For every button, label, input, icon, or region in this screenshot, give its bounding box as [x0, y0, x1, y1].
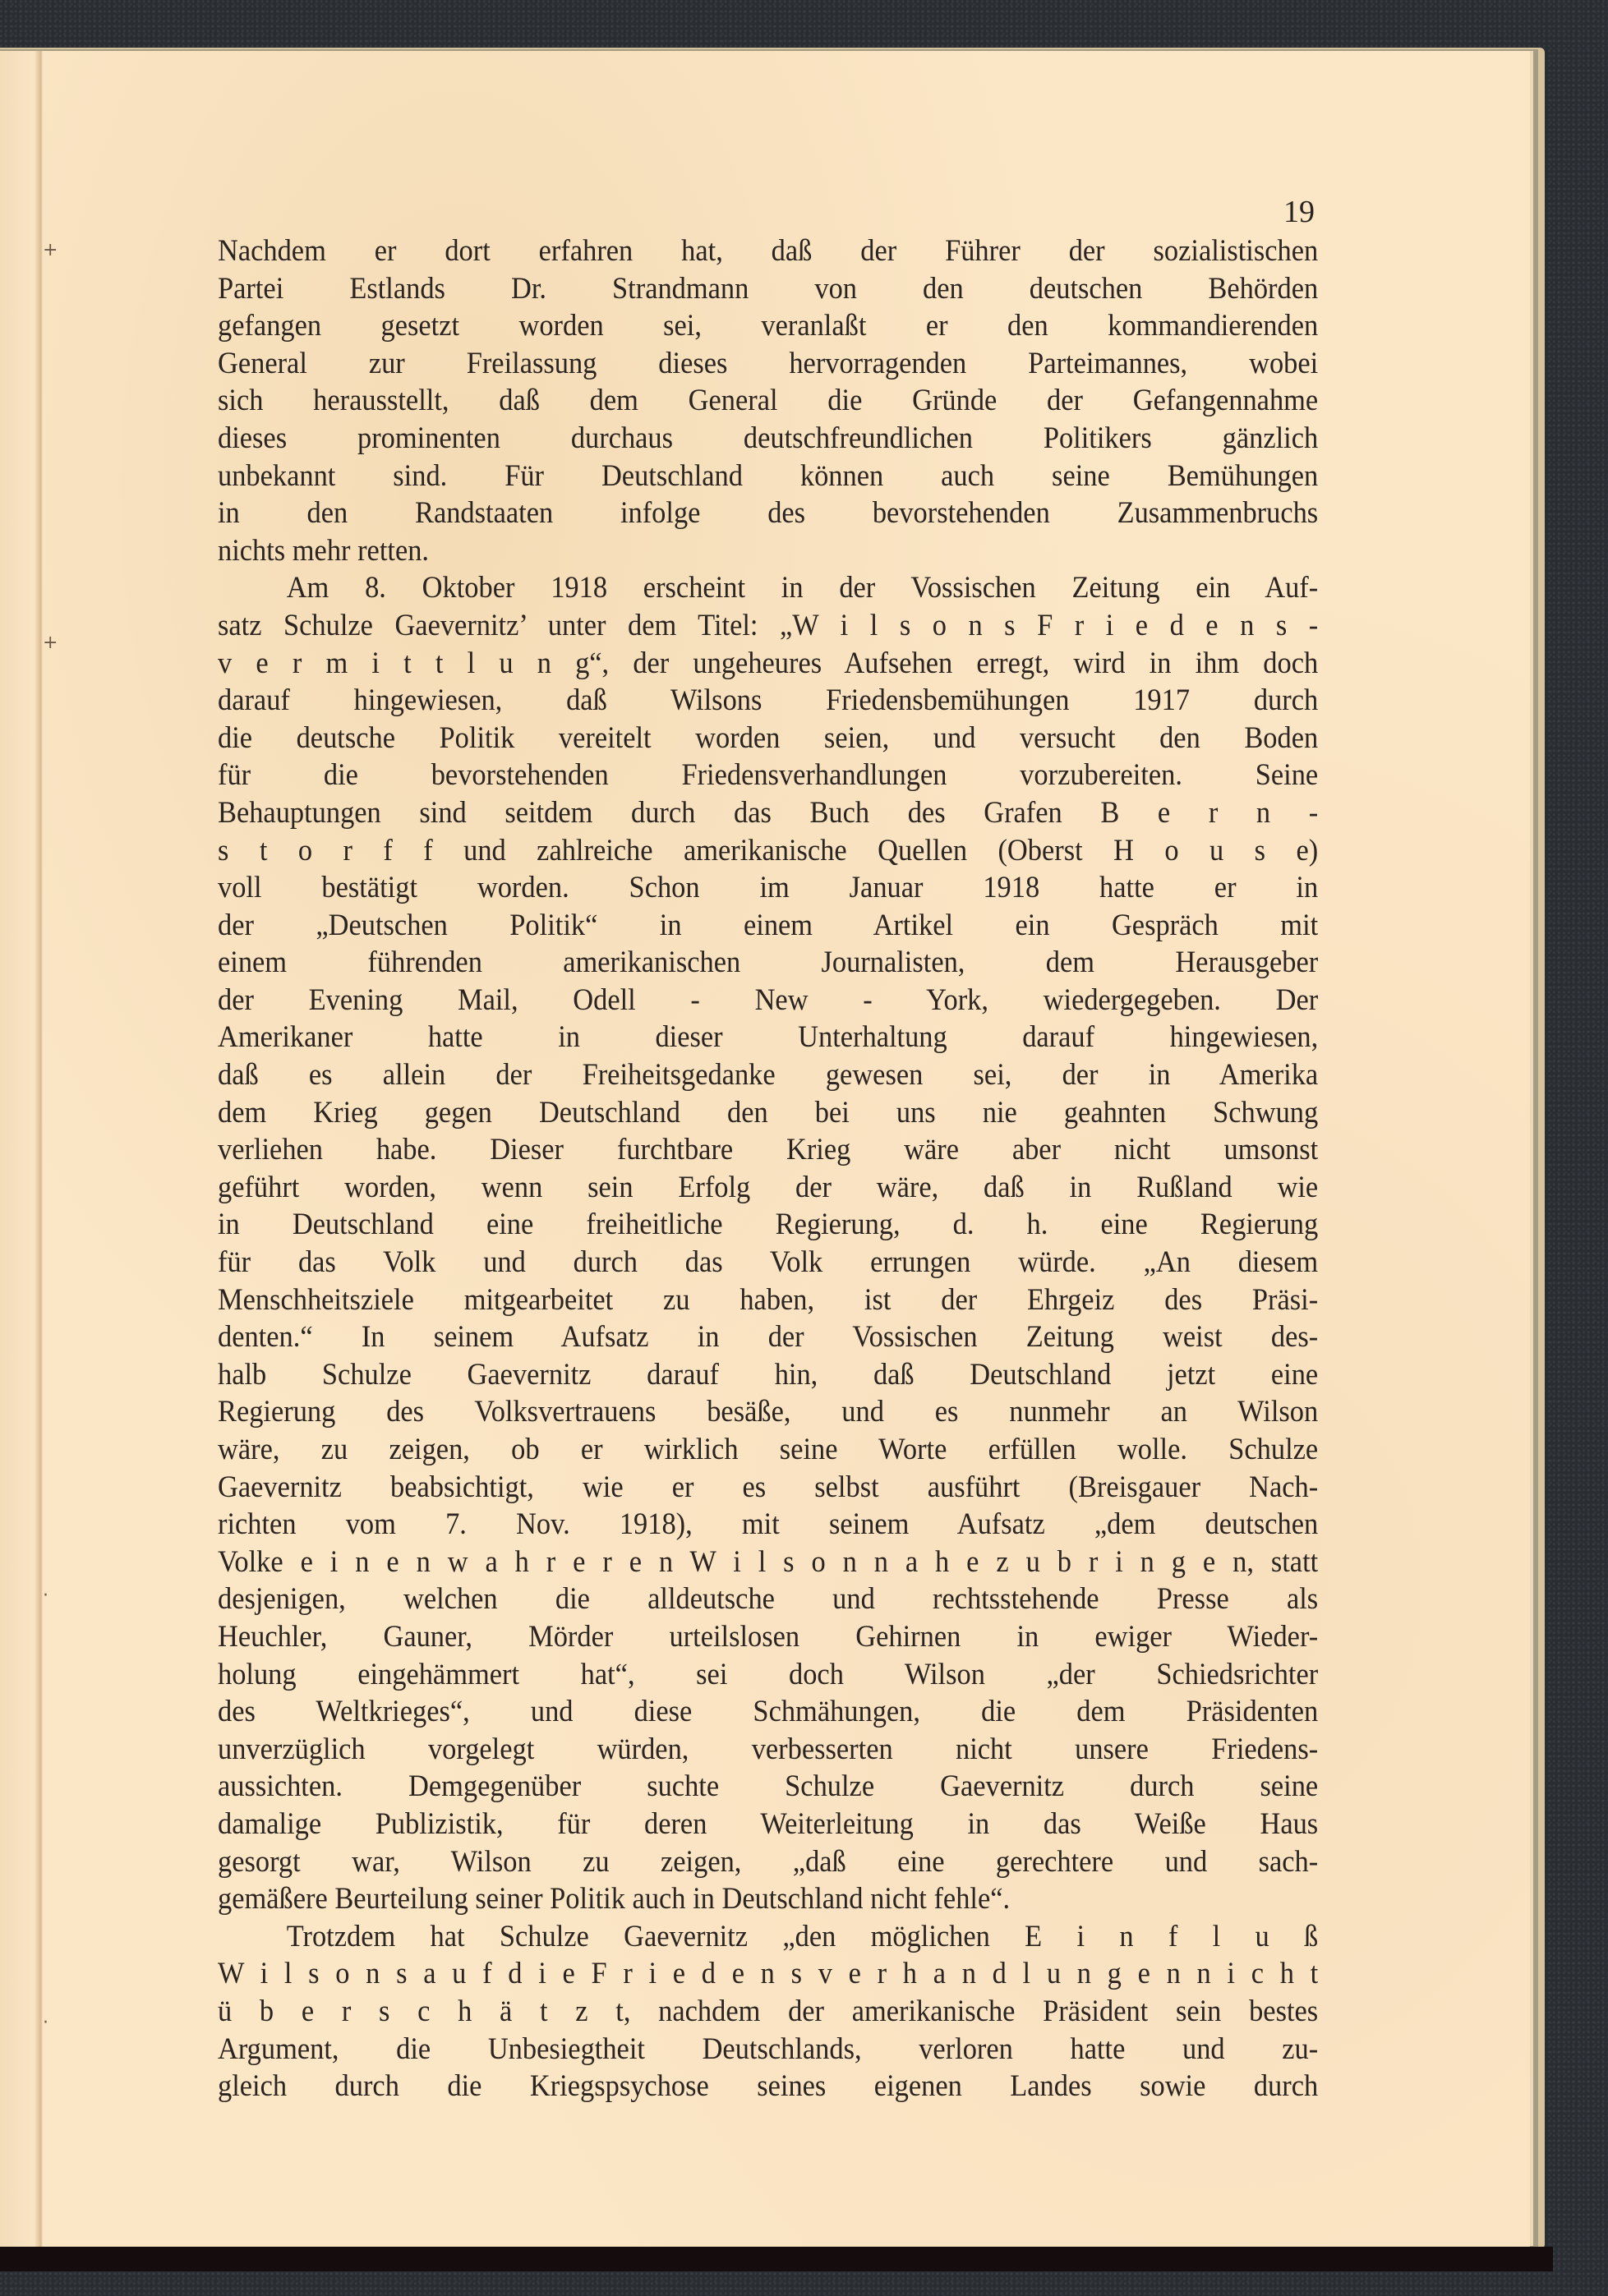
text-line: s t o r f f und zahlreiche amerikanische… [218, 832, 1318, 870]
margin-mark: + [43, 240, 58, 260]
text-line: aussichten. Demgegenüber suchte Schulze … [218, 1768, 1318, 1806]
text-line: desjenigen, welchen die alldeutsche und … [218, 1581, 1318, 1618]
text-line: halb Schulze Gaevernitz darauf hin, daß … [218, 1356, 1318, 1394]
text-line: Nachdem er dort erfahren hat, daß der Fü… [218, 232, 1318, 270]
text-line: voll bestätigt worden. Schon im Januar 1… [218, 869, 1318, 907]
text-line: unverzüglich vorgelegt würden, verbesser… [218, 1731, 1318, 1769]
text-line: General zur Freilassung dieses hervorrag… [218, 345, 1318, 383]
text-line: unbekannt sind. Für Deutschland können a… [218, 458, 1318, 495]
text-line: richten vom 7. Nov. 1918), mit seinem Au… [218, 1506, 1318, 1544]
text-line: Regierung des Volksvertrauens besäße, un… [218, 1393, 1318, 1431]
page-number: 19 [1278, 194, 1315, 230]
margin-mark: + [43, 633, 58, 653]
text-line: in den Randstaaten infolge des bevorsteh… [218, 495, 1318, 532]
text-line: für die bevorstehenden Friedensverhandlu… [218, 757, 1318, 794]
margin-mark: · [43, 2013, 48, 2033]
text-line: Heuchler, Gauner, Mörder urteilslosen Ge… [218, 1618, 1318, 1656]
text-line: gemäßere Beurteilung seiner Politik auch… [218, 1880, 1318, 1918]
text-line: nichts mehr retten. [218, 532, 1318, 570]
text-line: sich herausstellt, daß dem General die G… [218, 382, 1318, 420]
text-line: des Weltkrieges“, und diese Schmähungen,… [218, 1693, 1318, 1731]
text-line: der Evening Mail, Odell - New - York, wi… [218, 982, 1318, 1019]
text-line: gefangen gesetzt worden sei, veranlaßt e… [218, 307, 1318, 345]
text-line: darauf hingewiesen, daß Wilsons Friedens… [218, 682, 1318, 720]
text-line: Volke e i n e n w a h r e r e n W i l s … [218, 1544, 1318, 1581]
text-line: wäre, zu zeigen, ob er wirklich seine Wo… [218, 1431, 1318, 1469]
text-line: Argument, die Unbesiegtheit Deutschlands… [218, 2031, 1318, 2068]
text-line: dieses prominenten durchaus deutschfreun… [218, 420, 1318, 458]
text-line: dem Krieg gegen Deutschland den bei uns … [218, 1094, 1318, 1132]
text-line: v e r m i t t l u n g“, der ungeheures A… [218, 645, 1318, 683]
text-line: ü b e r s c h ä t z t, nachdem der ameri… [218, 1993, 1318, 2031]
text-line: verliehen habe. Dieser furchtbare Krieg … [218, 1131, 1318, 1169]
paragraph-start: Am 8. Oktober 1918 erscheint in der Voss… [218, 569, 1318, 607]
text-line: geführt worden, wenn sein Erfolg der wär… [218, 1169, 1318, 1207]
text-line: gesorgt war, Wilson zu zeigen, „daß eine… [218, 1843, 1318, 1881]
text-line: der „Deutschen Politik“ in einem Artikel… [218, 907, 1318, 945]
text-line: Gaevernitz beabsichtigt, wie er es selbs… [218, 1469, 1318, 1507]
text-line: holung eingehämmert hat“, sei doch Wilso… [218, 1656, 1318, 1694]
page-gutter [0, 51, 43, 2247]
text-line: für das Volk und durch das Volk errungen… [218, 1244, 1318, 1281]
text-line: Amerikaner hatte in dieser Unterhaltung … [218, 1019, 1318, 1056]
paragraph-start: Trotzdem hat Schulze Gaevernitz „den mög… [218, 1918, 1318, 1956]
text-line: in Deutschland eine freiheitliche Regier… [218, 1206, 1318, 1244]
text-line: denten.“ In seinem Aufsatz in der Vossis… [218, 1318, 1318, 1356]
text-line: Partei Estlands Dr. Strandmann von den d… [218, 270, 1318, 308]
text-line: daß es allein der Freiheitsgedanke gewes… [218, 1056, 1318, 1094]
body-text: Nachdem er dort erfahren hat, daß der Fü… [218, 232, 1319, 2105]
margin-mark: · [43, 1585, 48, 1606]
text-line: damalige Publizistik, für deren Weiterle… [218, 1806, 1318, 1843]
text-line: Menschheitsziele mitgearbeitet zu haben,… [218, 1281, 1318, 1319]
text-line: W i l s o n s a u f d i e F r i e d e n … [218, 1955, 1318, 1993]
book-cover-shadow [0, 2247, 1553, 2271]
text-line: satz Schulze Gaevernitz’ unter dem Titel… [218, 607, 1318, 645]
text-line: Behauptungen sind seitdem durch das Buch… [218, 794, 1318, 832]
text-line: gleich durch die Kriegspsychose seines e… [218, 2068, 1318, 2105]
text-line: einem führenden amerikanischen Journalis… [218, 944, 1318, 982]
text-line: die deutsche Politik vereitelt worden se… [218, 720, 1318, 757]
